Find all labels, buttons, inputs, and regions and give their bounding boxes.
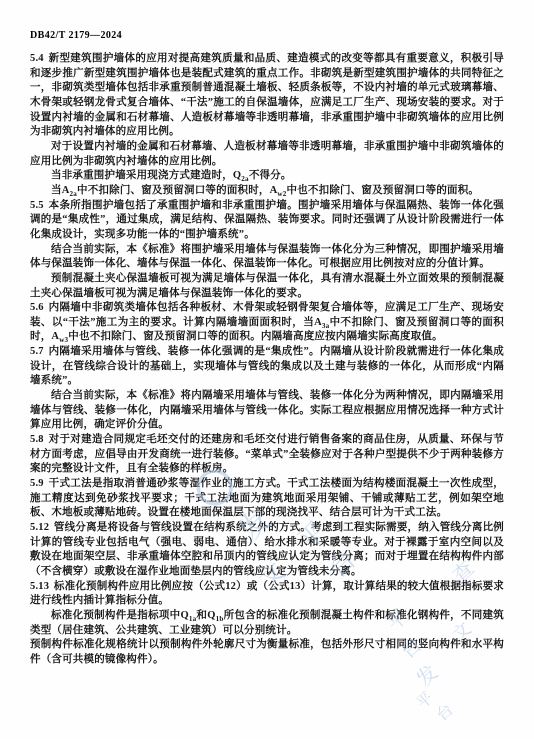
clause-text: 干式工法是指取消普通砂浆等湿作业的施工方式。干式工法楼面为结构楼面混凝土一次性成… xyxy=(30,478,504,518)
paragraph-5-7: 5.7内隔墙采用墙体与管线、装修一体化强调的是“集成性”。内隔墙从设计阶段就需进… xyxy=(30,345,504,389)
paragraph: 结合当前实际，本《标准》将内隔墙采用墙体与管线、装修一体化分为两种情况，即内隔墙… xyxy=(30,389,504,433)
clause-text: 新型建筑围护墙体的应用对提高建筑质量和品质、建造模式的改变等都具有重要意义，积极… xyxy=(30,53,504,137)
paragraph-5-6: 5.6内隔墙中非砌筑类墙体包括各种板材、木骨架或轻钢骨架复合墙体等，应满足工厂生… xyxy=(30,301,504,345)
clause-number: 5.12 xyxy=(30,522,49,533)
watermark-glyph: 平 xyxy=(410,686,437,714)
paragraph-5-9: 5.9干式工法是指取消普通砂浆等湿作业的施工方式。干式工法楼面为结构楼面混凝土一… xyxy=(30,477,504,521)
clause-text: 当非承重围护墙采用现浇方式建造时，Q2a不得分。 xyxy=(51,170,292,181)
clause-text: 对于对建造合同规定毛坯交付的还建房和毛坯交付进行销售备案的商品住房，从质量、环保… xyxy=(30,434,504,474)
paragraph: 当非承重围护墙采用现浇方式建造时，Q2a不得分。 xyxy=(30,169,504,184)
document-page: ○发平台文查平台发文平台 DB42/T 2179—2024 5.4新型建筑围护墙… xyxy=(0,0,534,739)
clause-number: 5.6 xyxy=(30,302,44,313)
clause-text: 标准化预制构件是指标项中Q1a和Q1b所包含的标准化预制混凝土构件和标准化钢构件… xyxy=(30,610,504,636)
paragraph: 预制混凝土夹心保温墙板可视为满足墙体与保温一体化，具有清水混凝土外立面效果的预制… xyxy=(30,272,504,301)
clause-text: 当A2a中不扣除门、窗及预留洞口等的面积时，Aw2中也不扣除门、窗及预留洞口等的… xyxy=(51,185,479,196)
paragraph: 结合当前实际，本《标准》将围护墙采用墙体与保温装饰一体化分为三种情况，即围护墙采… xyxy=(30,243,504,272)
clause-number: 5.13 xyxy=(30,581,49,592)
clause-number: 5.7 xyxy=(30,346,44,357)
clause-text: 对于设置内衬墙的金属和石材幕墙、人造板材幕墙等非透明幕墙，非承重围护墙中非砌筑墙… xyxy=(30,141,504,167)
clause-number: 5.9 xyxy=(30,478,44,489)
paragraph: 预制构件标准化规格统计以预制构件外轮廓尺寸为衡量标准，包括外形尺寸相同的竖向构件… xyxy=(30,638,504,667)
doc-number-header: DB42/T 2179—2024 xyxy=(30,30,122,41)
paragraph: 对于设置内衬墙的金属和石材幕墙、人造板材幕墙等非透明幕墙，非承重围护墙中非砌筑墙… xyxy=(30,140,504,169)
clause-text: 内隔墙采用墙体与管线、装修一体化强调的是“集成性”。内隔墙从设计阶段就需进行一体… xyxy=(30,346,504,386)
paragraph-5-4: 5.4新型建筑围护墙体的应用对提高建筑质量和品质、建造模式的改变等都具有重要意义… xyxy=(30,52,504,140)
clause-number: 5.5 xyxy=(30,200,44,211)
watermark-glyph: 台 xyxy=(430,698,457,726)
clause-number: 5.8 xyxy=(30,434,44,445)
clause-text: 预制构件标准化规格统计以预制构件外轮廓尺寸为衡量标准，包括外形尺寸相同的竖向构件… xyxy=(30,639,504,665)
clause-text: 标准化预制构件应用比例应按（公式12）或（公式13）计算，取计算结果的较大值根据… xyxy=(30,581,504,607)
clause-text: 管线分离是将设备与管线设置在结构系统之外的方式。考虑到工程实际需要，纳入管线分离… xyxy=(30,522,504,577)
clause-text: 结合当前实际，本《标准》将围护墙采用墙体与保温装饰一体化分为三种情况，即围护墙采… xyxy=(30,244,504,270)
paragraph-5-13: 5.13标准化预制构件应用比例应按（公式12）或（公式13）计算，取计算结果的较… xyxy=(30,580,504,609)
paragraph: 标准化预制构件是指标项中Q1a和Q1b所包含的标准化预制混凝土构件和标准化钢构件… xyxy=(30,609,504,638)
paragraph-5-12: 5.12管线分离是将设备与管线设置在结构系统之外的方式。考虑到工程实际需要，纳入… xyxy=(30,521,504,580)
document-body: 5.4新型建筑围护墙体的应用对提高建筑质量和品质、建造模式的改变等都具有重要意义… xyxy=(30,52,504,668)
paragraph-5-5: 5.5本条所指围护墙包括了承重围护墙和非承重围护墙。围护墙采用墙体与保温隔热、装… xyxy=(30,199,504,243)
clause-text: 内隔墙中非砌筑类墙体包括各种板材、木骨架或轻钢骨架复合墙体等，应满足工厂生产、现… xyxy=(30,302,504,342)
paragraph-5-8: 5.8对于对建造合同规定毛坯交付的还建房和毛坯交付进行销售备案的商品住房，从质量… xyxy=(30,433,504,477)
clause-text: 预制混凝土夹心保温墙板可视为满足墙体与保温一体化，具有清水混凝土外立面效果的预制… xyxy=(30,273,504,299)
clause-text: 本条所指围护墙包括了承重围护墙和非承重围护墙。围护墙采用墙体与保温隔热、装饰一体… xyxy=(30,200,504,240)
clause-number: 5.4 xyxy=(30,53,44,64)
paragraph: 当A2a中不扣除门、窗及预留洞口等的面积时，Aw2中也不扣除门、窗及预留洞口等的… xyxy=(30,184,504,199)
clause-text: 结合当前实际，本《标准》将内隔墙采用墙体与管线、装修一体化分为两种情况，即内隔墙… xyxy=(30,390,504,430)
